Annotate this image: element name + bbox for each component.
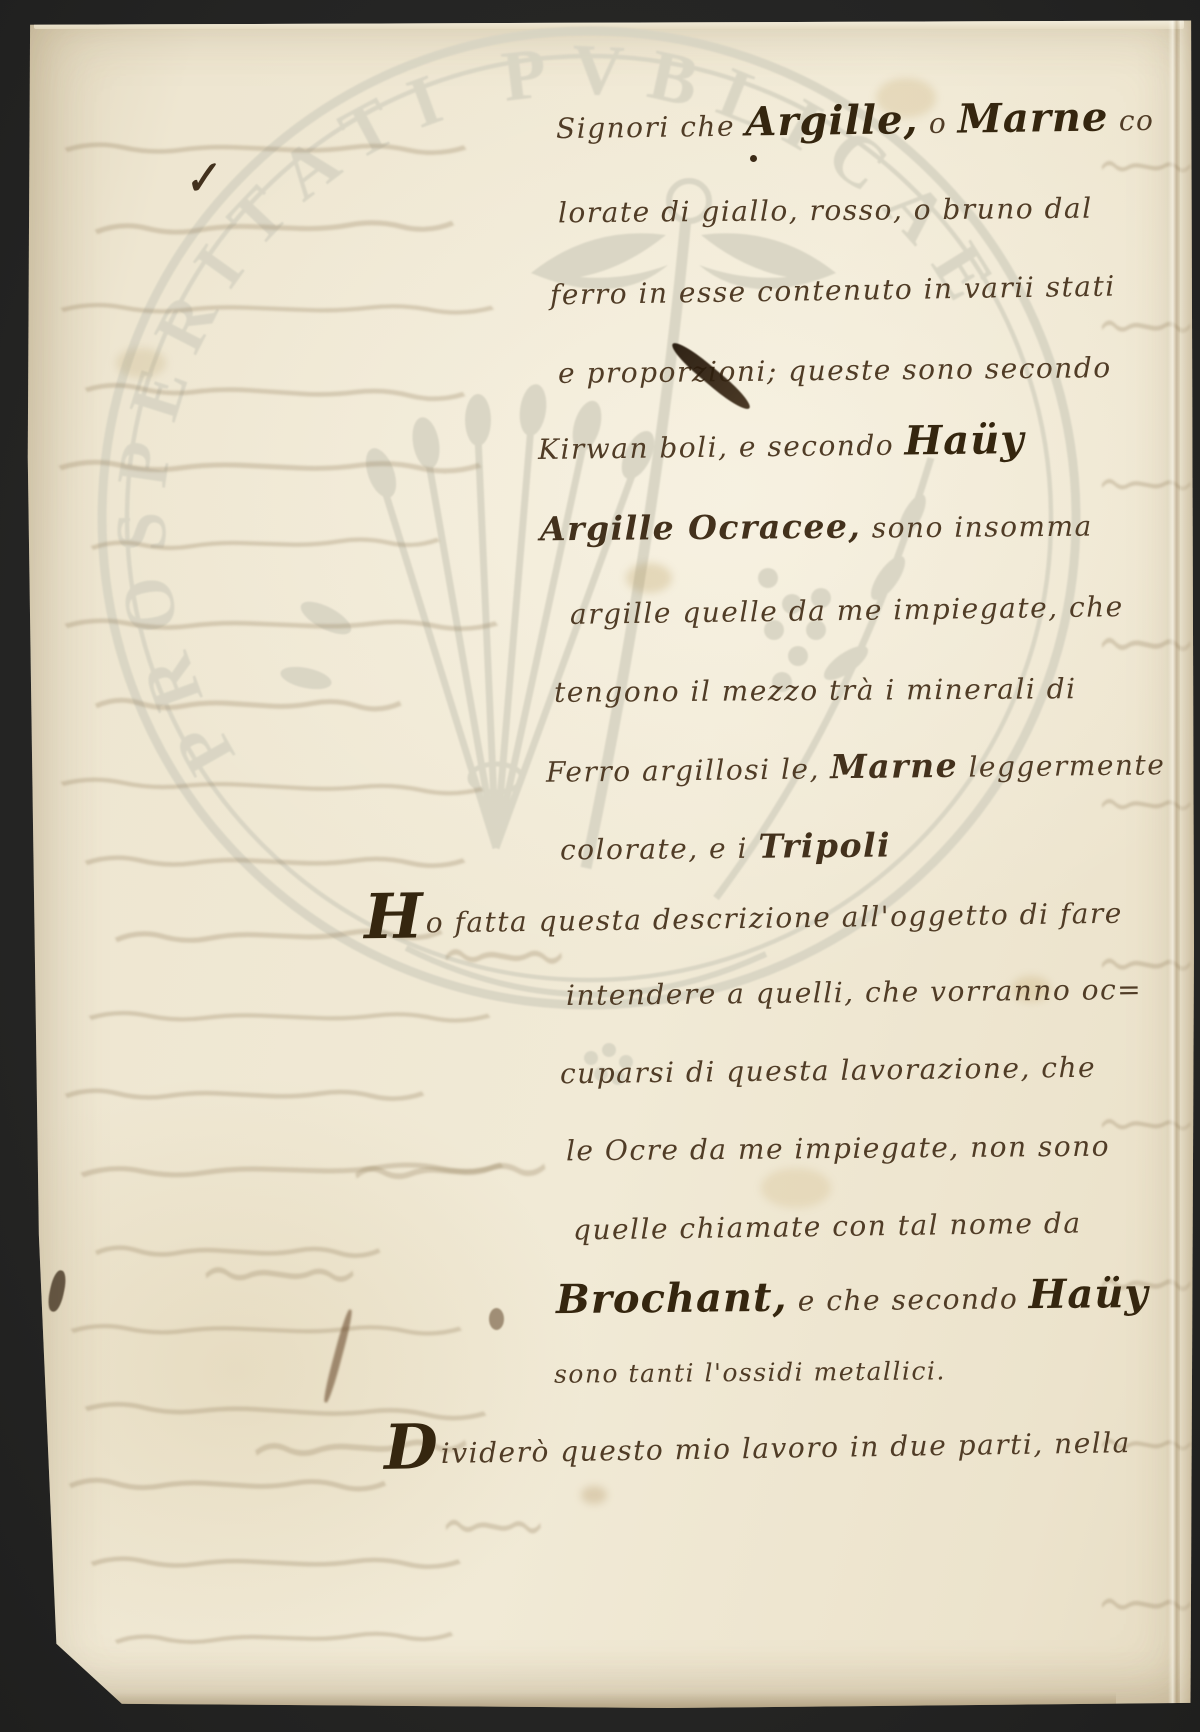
- ink-blot: [46, 1269, 68, 1313]
- text-segment: intendere a quelli, che vorranno oc=: [566, 973, 1142, 1012]
- page-right-edge: [1180, 18, 1194, 1708]
- manuscript-line-13: cuparsi di questa lavorazione, che: [560, 1051, 1097, 1092]
- manuscript-line-7: argille quelle da me impiegate, che: [570, 590, 1124, 632]
- emphasized-word: Marne: [957, 93, 1108, 142]
- text-segment: lorate di giallo, rosso, o bruno dal: [558, 192, 1093, 230]
- seal-foliage-icon: [278, 595, 355, 693]
- page-top-edge: [34, 20, 1184, 29]
- manuscript-line-1: Signori che Argille, o Marne co: [556, 100, 1155, 146]
- text-segment: sono tanti l'ossidi metallici.: [554, 1356, 946, 1388]
- text-segment: colorate, e i: [560, 832, 759, 867]
- emphasized-word: Haüy: [1028, 1270, 1149, 1318]
- text-segment: le Ocre da me impiegate, non sono: [566, 1130, 1110, 1168]
- manuscript-line-17: sono tanti l'ossidi metallici.: [554, 1354, 946, 1391]
- text-segment: Ferro argillosi le,: [546, 752, 831, 788]
- text-segment: ividerò questo mio lavoro in due parti, …: [441, 1426, 1131, 1470]
- emphasized-word: Argille Ocracee,: [540, 507, 862, 549]
- illuminated-initial: D: [383, 1410, 438, 1484]
- emphasized-word: Marne: [830, 746, 958, 787]
- manuscript-line-8: tengono il mezzo trà i minerali di: [554, 672, 1077, 710]
- text-segment: cuparsi di questa lavorazione, che: [560, 1051, 1096, 1091]
- stain-spot: [626, 563, 672, 593]
- ink-blot: [750, 155, 757, 162]
- text-segment: ferro in esse contenuto in varii stati: [550, 270, 1116, 312]
- text-segment: o fatta questa descrizione all'oggetto d…: [425, 897, 1123, 940]
- text-segment: quelle chiamate con tal nome da: [573, 1206, 1082, 1246]
- page-crease: [1168, 18, 1180, 1708]
- manuscript-line-9: Ferro argillosi le, Marne leggermente: [546, 746, 1166, 790]
- text-segment: tengono il mezzo trà i minerali di: [554, 672, 1077, 709]
- page-bottom-shadow: [96, 1692, 1116, 1708]
- illuminated-initial: H: [364, 879, 424, 953]
- text-segment: Kirwan boli, e secondo: [538, 428, 905, 465]
- manuscript-page: PROSPERITATI PVBLICAE: [26, 18, 1194, 1708]
- manuscript-line-6: Argille Ocracee, sono insomma: [540, 508, 1093, 549]
- text-segment: argille quelle da me impiegate, che: [570, 590, 1124, 631]
- manuscript-line-12: intendere a quelli, che vorranno oc=: [566, 973, 1142, 1013]
- manuscript-line-15: quelle chiamate con tal nome da: [573, 1206, 1082, 1247]
- text-segment: o: [918, 107, 958, 141]
- manuscript-line-5: Kirwan boli, e secondo Haüy: [538, 423, 1025, 467]
- emphasized-word: Haüy: [904, 416, 1025, 464]
- stain-spot: [116, 348, 166, 378]
- text-segment: e proporzioni; queste sono secondo: [558, 351, 1112, 390]
- manuscript-line-11: Ho fatta questa descrizione all'oggetto …: [364, 885, 1123, 942]
- ink-blot: [489, 1308, 504, 1330]
- stain-spot: [581, 1486, 607, 1504]
- ink-blot: [322, 1309, 355, 1404]
- text-segment: e che secondo: [787, 1282, 1029, 1318]
- manuscript-line-18: Dividerò questo mio lavoro in due parti,…: [384, 1414, 1131, 1472]
- manuscript-line-16: Brochant, e che secondo Haüy: [556, 1277, 1149, 1321]
- manuscript-line-3: ferro in esse contenuto in varii stati: [550, 270, 1116, 313]
- manuscript-line-2: lorate di giallo, rosso, o bruno dal: [558, 192, 1093, 231]
- stain-spot: [761, 1168, 831, 1208]
- reviewer-checkmark: ✓: [179, 151, 222, 205]
- manuscript-line-10: colorate, e i Tripoli: [560, 829, 891, 868]
- emphasized-word: Argille,: [745, 96, 919, 145]
- text-segment: co: [1108, 104, 1154, 138]
- manuscript-line-4: e proporzioni; queste sono secondo: [558, 351, 1112, 391]
- manuscript-line-14: le Ocre da me impiegate, non sono: [566, 1130, 1110, 1169]
- text-segment: leggermente: [958, 748, 1166, 784]
- photo-background: PROSPERITATI PVBLICAE: [0, 0, 1200, 1732]
- emphasized-word: Brochant,: [556, 1274, 788, 1323]
- emphasized-word: Tripoli: [758, 826, 891, 866]
- text-segment: sono insomma: [861, 510, 1093, 545]
- text-segment: Signori che: [556, 110, 746, 146]
